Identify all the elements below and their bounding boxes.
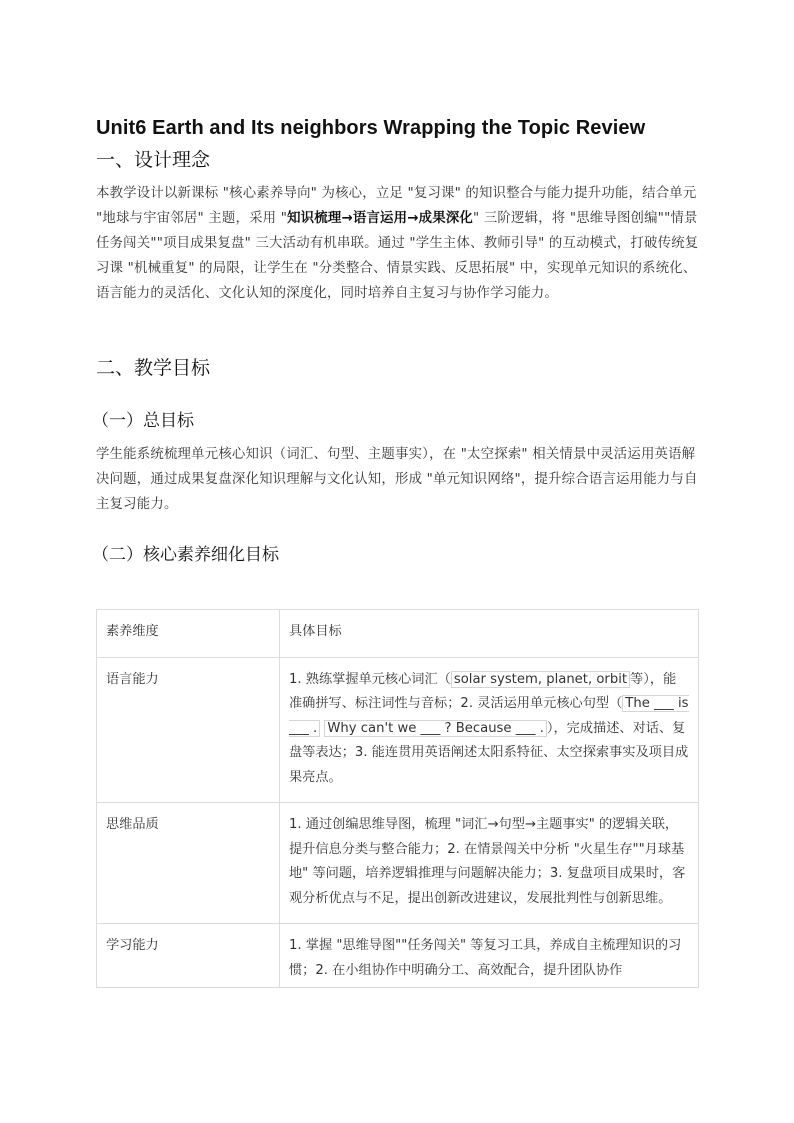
table-header-cell: 素养维度 (97, 610, 280, 658)
dimension-cell: 学习能力 (97, 924, 280, 988)
goal-cell: 1. 熟练掌握单元核心词汇（solar system, planet, orbi… (280, 657, 699, 803)
core-literacy-table: 素养维度 具体目标 语言能力 1. 熟练掌握单元核心词汇（solar syste… (96, 609, 699, 988)
section-heading-design-concept: 一、设计理念 (96, 145, 210, 172)
subheading-overall-goal: （一）总目标 (92, 406, 194, 431)
document-title: Unit6 Earth and Its neighbors Wrapping t… (96, 117, 645, 140)
design-concept-paragraph: 本教学设计以新课标 "核心素养导向" 为核心，立足 "复习课" 的知识整合与能力… (96, 181, 700, 306)
table-row: 学习能力 1. 掌握 "思维导图""任务闯关" 等复习工具，养成自主梳理知识的习… (97, 924, 699, 988)
goal-text: 1. 熟练掌握单元核心词汇（ (289, 672, 451, 687)
table-header-row: 素养维度 具体目标 (97, 610, 699, 658)
dimension-cell: 语言能力 (97, 657, 280, 803)
goal-cell: 1. 掌握 "思维导图""任务闯关" 等复习工具，养成自主梳理知识的习惯；2. … (280, 924, 699, 988)
vocab-example-box: solar system, planet, orbit (451, 671, 630, 688)
goal-cell: 1. 通过创编思维导图，梳理 "词汇→句型→主题事实" 的逻辑关联，提升信息分类… (280, 803, 699, 924)
section-heading-teaching-goals: 二、教学目标 (96, 353, 210, 380)
sentence-pattern-box: Why can't we ___ ? Because ___ . (324, 720, 547, 737)
bold-emphasis-text: 知识梳理→语言运用→成果深化 (287, 211, 473, 226)
subheading-core-literacy-goals: （二）核心素养细化目标 (92, 540, 279, 565)
dimension-cell: 思维品质 (97, 803, 280, 924)
overall-goal-paragraph: 学生能系统梳理单元核心知识（词汇、句型、主题事实），在 "太空探索" 相关情景中… (96, 442, 700, 517)
table-row: 语言能力 1. 熟练掌握单元核心词汇（solar system, planet,… (97, 657, 699, 803)
table-row: 思维品质 1. 通过创编思维导图，梳理 "词汇→句型→主题事实" 的逻辑关联，提… (97, 803, 699, 924)
table-header-cell: 具体目标 (280, 610, 699, 658)
